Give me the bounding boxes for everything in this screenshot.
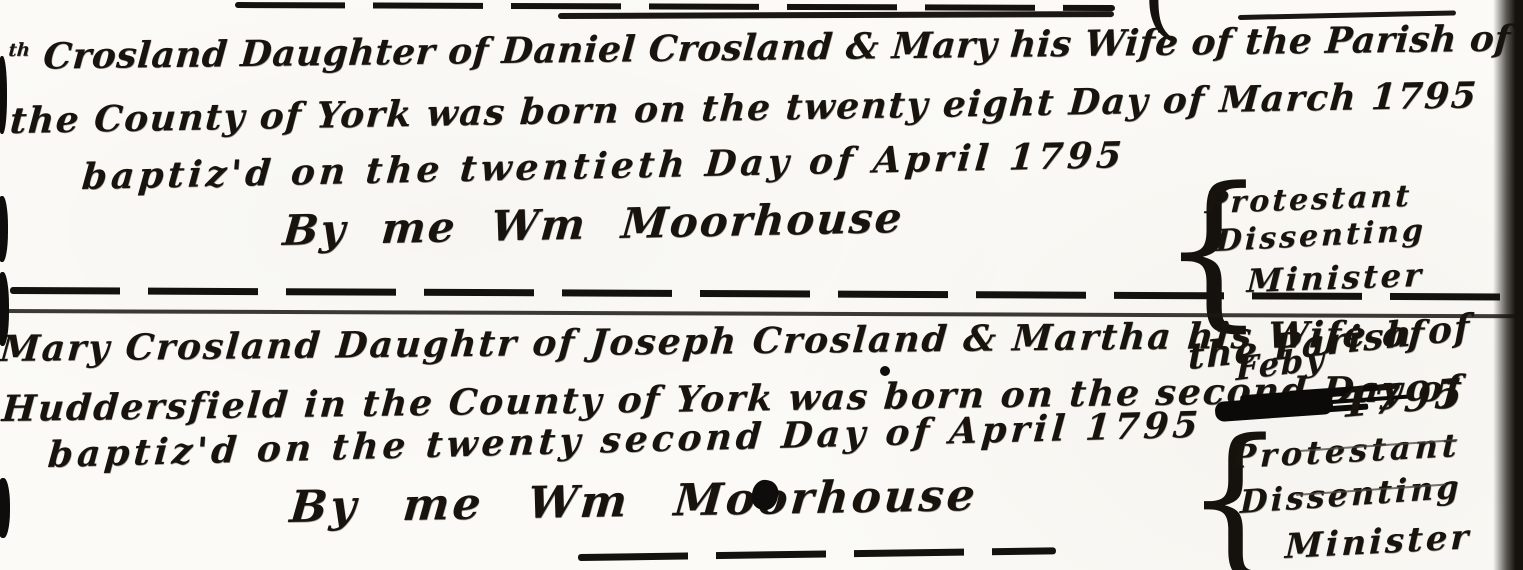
entry1-line3: baptiz'd on the twentieth Day of April 1… [80, 134, 1127, 198]
register-scan-page: ( thCrosland Daughter of Daniel Crosland… [0, 0, 1523, 570]
ruled-line-top [235, 2, 1115, 11]
entry1-line4: By me Wm Moorhouse [281, 193, 906, 255]
page-edge-shadow [1493, 0, 1523, 570]
ink-dot [880, 366, 890, 376]
ruled-line-bottom [578, 547, 1056, 561]
entry2-note-minister: Minister [1284, 517, 1472, 567]
left-edge-mark [0, 196, 8, 262]
left-edge-mark [0, 56, 7, 134]
entry1-name-fragment: th [8, 40, 31, 61]
left-edge-mark [0, 478, 10, 538]
entry2-year: 1795 [1342, 369, 1466, 427]
entry2-line4: By me Wm Moorhouse [288, 470, 980, 533]
ruled-line-top-2 [558, 11, 1114, 19]
entry1-line1: thCrosland Daughter of Daniel Crosland &… [6, 15, 1523, 78]
entry1-line2: the County of York was born on the twent… [9, 74, 1479, 142]
